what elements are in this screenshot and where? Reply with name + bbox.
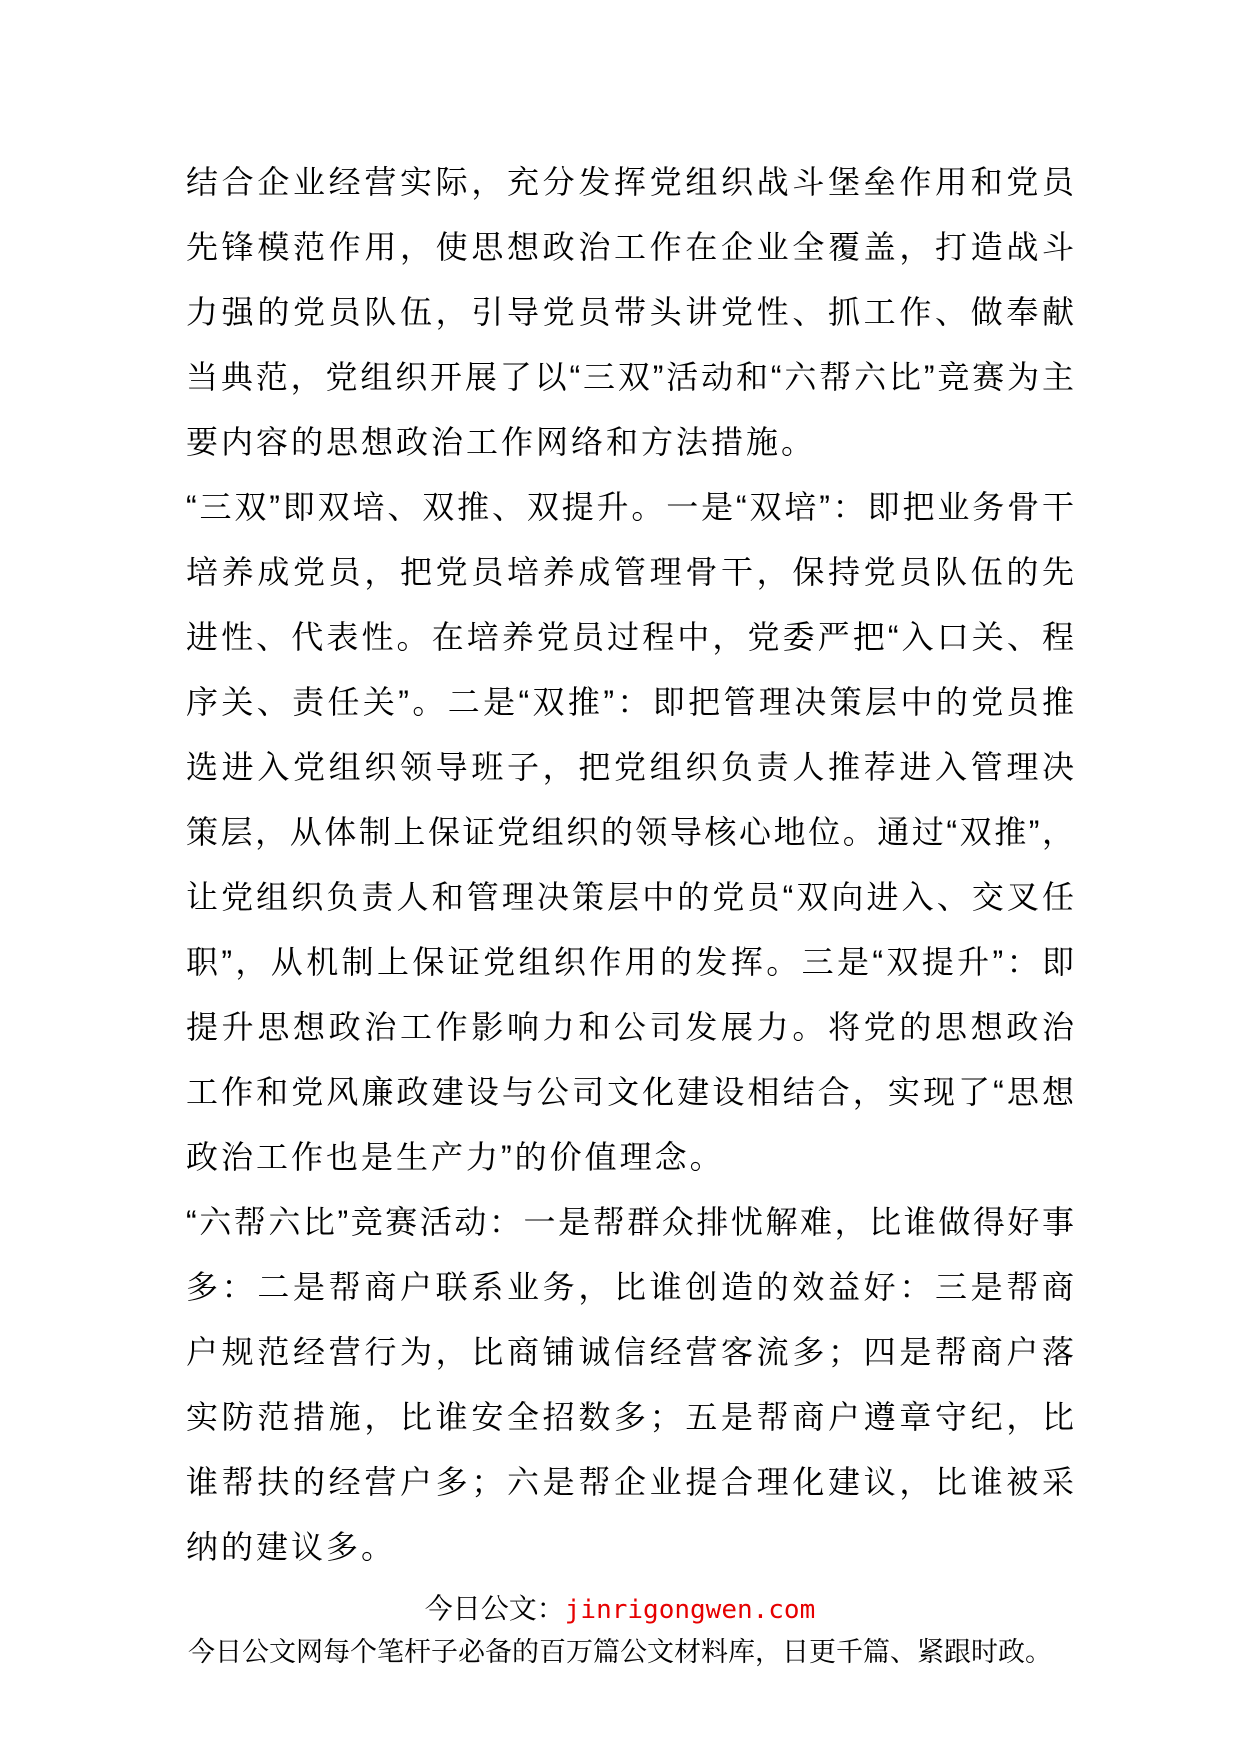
- text-line: 政治工作也是生产力”的价值理念。: [186, 1125, 1074, 1190]
- document-body: 结合企业经营实际，充分发挥党组织战斗堡垒作用和党员先锋模范作用，使思想政治工作在…: [186, 150, 1074, 1580]
- text-line: 策层，从体制上保证党组织的领导核心地位。通过“双推”，: [186, 800, 1074, 865]
- text-line: 要内容的思想政治工作网络和方法措施。: [186, 410, 1074, 475]
- paragraph: 结合企业经营实际，充分发挥党组织战斗堡垒作用和党员先锋模范作用，使思想政治工作在…: [186, 150, 1074, 475]
- text-line: 选进入党组织领导班子，把党组织负责人推荐进入管理决: [186, 735, 1074, 800]
- text-line: 谁帮扶的经营户多；六是帮企业提合理化建议，比谁被采: [186, 1450, 1074, 1515]
- page-footer: 今日公文：jinrigongwen.com 今日公文网每个笔杆子必备的百万篇公文…: [0, 1588, 1240, 1673]
- footer-site-line: 今日公文：jinrigongwen.com: [0, 1588, 1240, 1631]
- text-line: 先锋模范作用，使思想政治工作在企业全覆盖，打造战斗: [186, 215, 1074, 280]
- text-line: 当典范，党组织开展了以“三双”活动和“六帮六比”竞赛为主: [186, 345, 1074, 410]
- text-line: 培养成党员，把党员培养成管理骨干，保持党员队伍的先: [186, 540, 1074, 605]
- text-line: 提升思想政治工作影响力和公司发展力。将党的思想政治: [186, 995, 1074, 1060]
- text-line: 结合企业经营实际，充分发挥党组织战斗堡垒作用和党员: [186, 150, 1074, 215]
- text-line: 序关、责任关”。二是“双推”：即把管理决策层中的党员推: [186, 670, 1074, 735]
- text-line: 户规范经营行为，比商铺诚信经营客流多；四是帮商户落: [186, 1320, 1074, 1385]
- text-line: “六帮六比”竞赛活动：一是帮群众排忧解难，比谁做得好事: [186, 1190, 1074, 1255]
- paragraph: “六帮六比”竞赛活动：一是帮群众排忧解难，比谁做得好事多：二是帮商户联系业务，比…: [186, 1190, 1074, 1580]
- text-line: 多：二是帮商户联系业务，比谁创造的效益好：三是帮商: [186, 1255, 1074, 1320]
- document-page: 结合企业经营实际，充分发挥党组织战斗堡垒作用和党员先锋模范作用，使思想政治工作在…: [0, 0, 1240, 1754]
- text-line: 职”，从机制上保证党组织作用的发挥。三是“双提升”：即: [186, 930, 1074, 995]
- text-line: 让党组织负责人和管理决策层中的党员“双向进入、交叉任: [186, 865, 1074, 930]
- paragraph: “三双”即双培、双推、双提升。一是“双培”：即把业务骨干培养成党员，把党员培养成…: [186, 475, 1074, 1190]
- footer-site-label: 今日公文：: [425, 1593, 565, 1624]
- footer-site-url[interactable]: jinrigongwen.com: [565, 1595, 815, 1625]
- footer-tagline: 今日公文网每个笔杆子必备的百万篇公文材料库，日更千篇、紧跟时政。: [0, 1631, 1240, 1673]
- text-line: 工作和党风廉政建设与公司文化建设相结合，实现了“思想: [186, 1060, 1074, 1125]
- text-line: 力强的党员队伍，引导党员带头讲党性、抓工作、做奉献: [186, 280, 1074, 345]
- text-line: 纳的建议多。: [186, 1515, 1074, 1580]
- text-line: 实防范措施，比谁安全招数多；五是帮商户遵章守纪，比: [186, 1385, 1074, 1450]
- text-line: “三双”即双培、双推、双提升。一是“双培”：即把业务骨干: [186, 475, 1074, 540]
- text-line: 进性、代表性。在培养党员过程中，党委严把“入口关、程: [186, 605, 1074, 670]
